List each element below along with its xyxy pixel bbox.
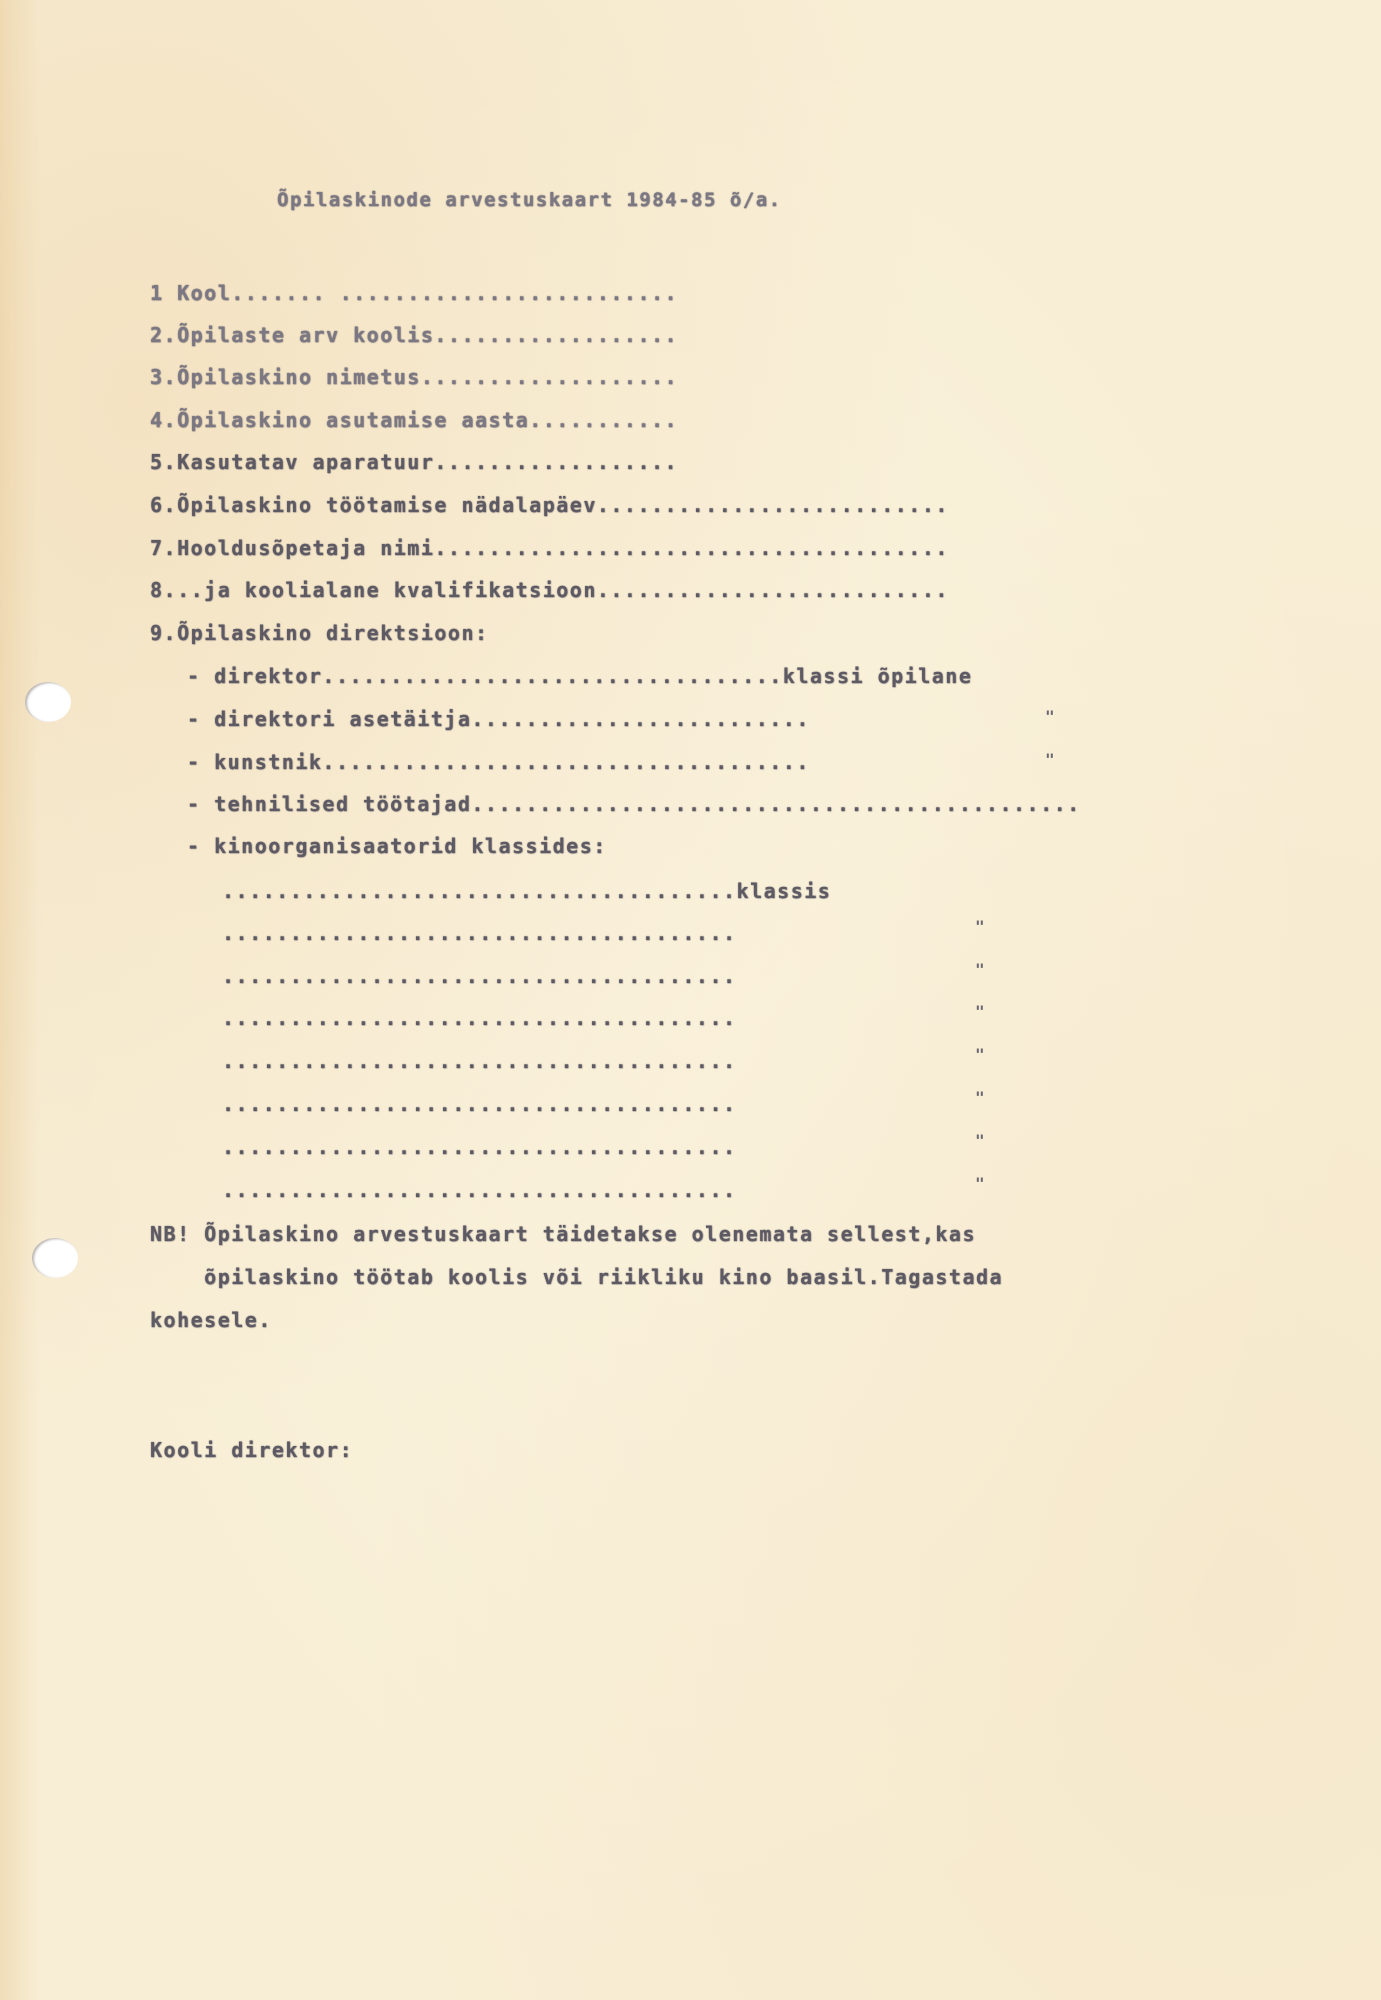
organizer-row: ......................................: [222, 1006, 737, 1030]
item-student-count: 2.Õpilaste arv koolis..................: [150, 323, 678, 347]
note-line: õpilaskino töötab koolis või riikliku ki…: [150, 1265, 1003, 1289]
directorate-artist: - kunstnik..............................…: [187, 750, 810, 774]
item-qualification: 8...ja koolialane kvalifikatsioon.......…: [150, 578, 949, 602]
ditto-mark: ": [1045, 707, 1055, 726]
item-equipment: 5.Kasutatav aparatuur..................: [150, 450, 678, 474]
ditto-mark: ": [975, 1174, 985, 1193]
directorate-deputy: - direktori asetäitja...................…: [187, 707, 810, 731]
organizer-row: ......................................: [222, 1092, 737, 1116]
organizer-row: ......................................kl…: [222, 879, 831, 903]
ditto-mark: ": [975, 960, 985, 979]
paper-edge: [0, 0, 40, 2000]
note-line: NB! Õpilaskino arvestuskaart täidetakse …: [150, 1222, 976, 1246]
punch-hole: [25, 682, 71, 722]
ditto-mark: ": [975, 917, 985, 936]
document-title: Õpilaskinode arvestuskaart 1984-85 õ/a.: [277, 188, 782, 212]
organizer-row: ......................................: [222, 1049, 737, 1073]
organizer-row: ......................................: [222, 1135, 737, 1159]
directorate-technical: - tehnilised töötajad...................…: [187, 792, 1081, 816]
item-founding-year: 4.Õpilaskino asutamise aasta...........: [150, 408, 678, 432]
organizer-row: ......................................: [222, 1178, 737, 1202]
organizer-row: ......................................: [222, 921, 737, 945]
directorate-director: - direktor..............................…: [187, 664, 972, 688]
item-directorate: 9.Õpilaskino direktsioon:: [150, 621, 489, 645]
item-weekday: 6.Õpilaskino töötamise nädalapäev.......…: [150, 493, 949, 517]
note-line: kohesele.: [150, 1308, 272, 1332]
ditto-mark: ": [1045, 750, 1055, 769]
punch-hole: [32, 1238, 78, 1278]
signature-label: Kooli direktor:: [150, 1438, 353, 1462]
organizer-row: ......................................: [222, 964, 737, 988]
ditto-mark: ": [975, 1002, 985, 1021]
ditto-mark: ": [975, 1131, 985, 1150]
ditto-mark: ": [975, 1045, 985, 1064]
directorate-organizers: - kinoorganisaatorid klassides:: [187, 834, 607, 858]
item-cinema-name: 3.Õpilaskino nimetus...................: [150, 365, 678, 389]
ditto-mark: ": [975, 1088, 985, 1107]
item-teacher-name: 7.Hooldusõpetaja nimi...................…: [150, 536, 949, 560]
item-school: 1 Kool....... .........................: [150, 281, 678, 305]
